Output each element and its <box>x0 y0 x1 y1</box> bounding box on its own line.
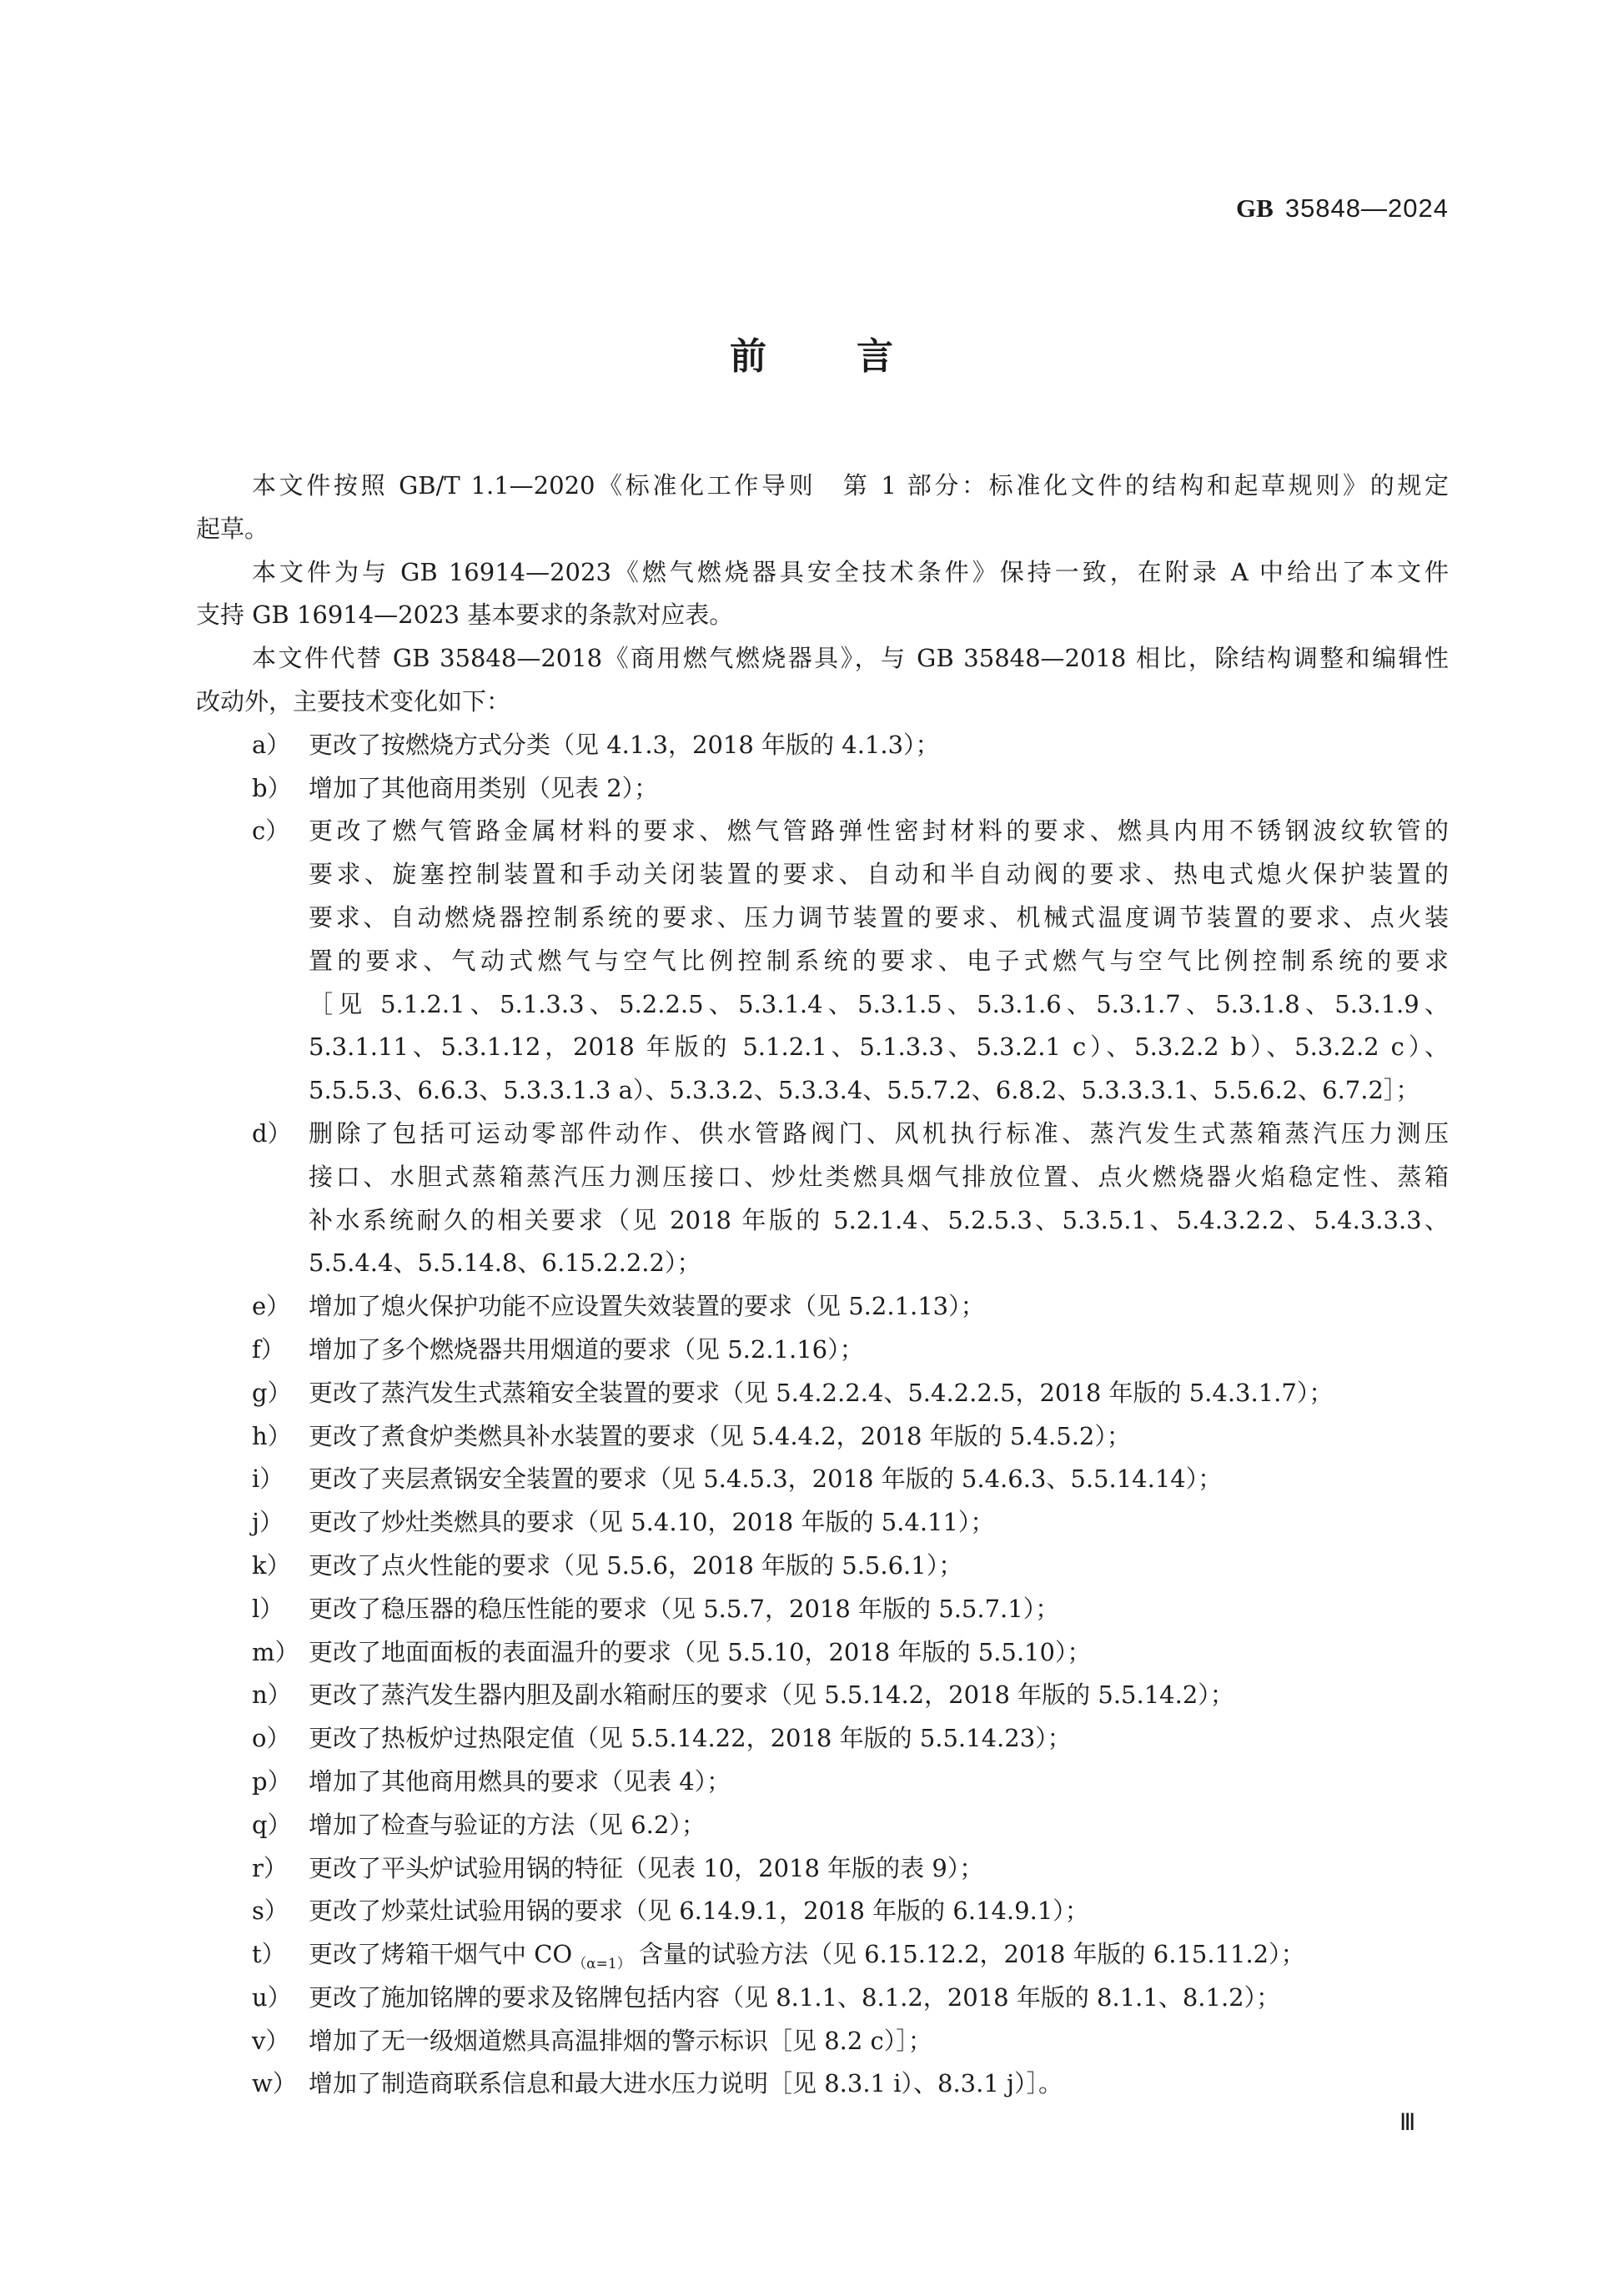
item-text: 更改了蒸汽发生式蒸箱安全装置的要求（见 5.4.2.2.4、5.4.2.2.5，… <box>309 1379 1333 1407</box>
item-text: 增加了无一级烟道燃具高温排烟的警示标识［见 8.2 c）］； <box>309 2027 932 2055</box>
item-label: a） <box>252 724 290 767</box>
item-label: h） <box>252 1415 292 1459</box>
item-text: 更改了稳压器的稳压性能的要求（见 5.5.7，2018 年版的 5.5.7.1）… <box>309 1595 1059 1623</box>
list-item: j）更改了炒灶类燃具的要求（见 5.4.10，2018 年版的 5.4.11）； <box>196 1501 1449 1545</box>
item-label: v） <box>252 2020 289 2063</box>
list-item: d）删除了包括可运动零部件动作、供水管路阀门、风机执行标准、蒸汽发生式蒸箱蒸汽压… <box>196 1113 1449 1285</box>
item-label: s） <box>252 1890 289 1933</box>
standard-number: 35848—2024 <box>1285 193 1449 223</box>
item-text: 更改了按燃烧方式分类（见 4.1.3，2018 年版的 4.1.3）； <box>309 731 940 759</box>
list-item: s）更改了炒菜灶试验用锅的要求（见 6.14.9.1，2018 年版的 6.14… <box>196 1890 1449 1933</box>
list-item: v）增加了无一级烟道燃具高温排烟的警示标识［见 8.2 c）］； <box>196 2020 1449 2063</box>
item-label: t） <box>252 1933 286 1977</box>
standard-code: GB35848—2024 <box>1236 193 1449 224</box>
item-text: 更改了地面面板的表面温升的要求（见 5.5.10，2018 年版的 5.5.10… <box>309 1638 1091 1666</box>
item-text: 更改了点火性能的要求（见 5.5.6，2018 年版的 5.5.6.1）； <box>309 1551 962 1580</box>
changes-list: a）更改了按燃烧方式分类（见 4.1.3，2018 年版的 4.1.3）； b）… <box>196 724 1449 2107</box>
item-text: 更改了燃气管路金属材料的要求、燃气管路弹性密封材料的要求、燃具内用不锈钢波纹软管… <box>309 816 1449 845</box>
list-item: r）更改了平头炉试验用锅的特征（见表 10，2018 年版的表 9）； <box>196 1847 1449 1891</box>
item-label: e） <box>252 1285 290 1329</box>
item-text: 增加了多个燃烧器共用烟道的要求（见 5.2.1.16）； <box>309 1335 864 1364</box>
paragraph-line: 起草。 <box>196 508 1449 551</box>
list-item: l）更改了稳压器的稳压性能的要求（见 5.5.7，2018 年版的 5.5.7.… <box>196 1588 1449 1631</box>
item-label: l） <box>252 1588 284 1631</box>
item-text: 增加了其他商用燃具的要求（见表 4）； <box>309 1767 731 1796</box>
list-item: e）增加了熄火保护功能不应设置失效装置的要求（见 5.2.1.13）； <box>196 1285 1449 1329</box>
item-text: 删除了包括可运动零部件动作、供水管路阀门、风机执行标准、蒸汽发生式蒸箱蒸汽压力测… <box>309 1119 1449 1148</box>
item-label: r） <box>252 1847 288 1891</box>
paragraph-line: 本文件按照 GB/T 1.1—2020《标准化工作导则 第 1 部分：标准化文件… <box>196 465 1449 508</box>
list-item: t）更改了烤箱干烟气中 CO（α=1） 含量的试验方法（见 6.15.12.2，… <box>196 1933 1449 1977</box>
standard-prefix: GB <box>1236 193 1274 223</box>
item-label: n） <box>252 1674 292 1717</box>
paragraph-drafting-rules: 本文件按照 GB/T 1.1—2020《标准化工作导则 第 1 部分：标准化文件… <box>196 465 1449 551</box>
paragraph-line: 本文件为与 GB 16914—2023《燃气燃烧器具安全技术条件》保持一致，在附… <box>196 551 1449 595</box>
item-label: o） <box>252 1717 290 1761</box>
item-label: m） <box>252 1631 299 1675</box>
item-label: w） <box>252 2062 297 2106</box>
item-text: 增加了检查与验证的方法（见 6.2）； <box>309 1811 706 1839</box>
item-text: 增加了其他商用类别（见表 2）； <box>309 774 658 802</box>
item-label: c） <box>252 810 289 853</box>
item-label: g） <box>252 1372 292 1415</box>
paragraph-line: 支持 GB 16914—2023 基本要求的条款对应表。 <box>196 594 1449 637</box>
item-line: 补水系统耐久的相关要求（见 2018 年版的 5.2.1.4、5.2.5.3、5… <box>196 1199 1449 1243</box>
foreword-body: 本文件按照 GB/T 1.1—2020《标准化工作导则 第 1 部分：标准化文件… <box>196 465 1449 2106</box>
list-item: c）更改了燃气管路金属材料的要求、燃气管路弹性密封材料的要求、燃具内用不锈钢波纹… <box>196 810 1449 1113</box>
item-line: 要求、旋塞控制装置和手动关闭装置的要求、自动和半自动阀的要求、热电式熄火保护装置… <box>196 853 1449 897</box>
list-item: o）更改了热板炉过热限定值（见 5.5.14.22，2018 年版的 5.5.1… <box>196 1717 1449 1761</box>
item-text: 更改了煮食炉类燃具补水装置的要求（见 5.4.4.2，2018 年版的 5.4.… <box>309 1422 1131 1450</box>
item-label: j） <box>252 1501 284 1545</box>
list-item: n）更改了蒸汽发生器内胆及副水箱耐压的要求（见 5.5.14.2，2018 年版… <box>196 1674 1449 1717</box>
item-label: d） <box>252 1113 292 1156</box>
list-item: q）增加了检查与验证的方法（见 6.2）； <box>196 1804 1449 1847</box>
item-line: 5.5.5.3、6.6.3、5.3.3.1.3 a）、5.3.3.2、5.3.3… <box>196 1069 1449 1113</box>
item-text: 更改了平头炉试验用锅的特征（见表 10，2018 年版的表 9）； <box>309 1854 983 1882</box>
item-text: 更改了炒菜灶试验用锅的要求（见 6.14.9.1，2018 年版的 6.14.9… <box>309 1897 1089 1925</box>
item-label: u） <box>252 1977 292 2020</box>
paragraph-consistency: 本文件为与 GB 16914—2023《燃气燃烧器具安全技术条件》保持一致，在附… <box>196 551 1449 638</box>
item-label: f） <box>252 1329 285 1372</box>
item-line: d）删除了包括可运动零部件动作、供水管路阀门、风机执行标准、蒸汽发生式蒸箱蒸汽压… <box>196 1113 1449 1156</box>
page-number: Ⅲ <box>1399 2110 1415 2137</box>
item-label: i） <box>252 1458 284 1501</box>
list-item: u）更改了施加铭牌的要求及铭牌包括内容（见 8.1.1、8.1.2，2018 年… <box>196 1977 1449 2020</box>
page-title: 前言 <box>0 334 1623 380</box>
item-text: 含量的试验方法（见 6.15.12.2，2018 年版的 6.15.11.2）； <box>631 1940 1305 1968</box>
list-item: w）增加了制造商联系信息和最大进水压力说明［见 8.3.1 i）、8.3.1 j… <box>196 2062 1449 2106</box>
title-char-2: 言 <box>857 334 893 380</box>
item-text: 更改了施加铭牌的要求及铭牌包括内容（见 8.1.1、8.1.2，2018 年版的… <box>309 1983 1280 2012</box>
item-text: 更改了蒸汽发生器内胆及副水箱耐压的要求（见 5.5.14.2，2018 年版的 … <box>309 1681 1234 1709</box>
item-text: 增加了熄火保护功能不应设置失效装置的要求（见 5.2.1.13）； <box>309 1292 985 1320</box>
item-text: 更改了夹层煮锅安全装置的要求（见 5.4.5.3，2018 年版的 5.4.6.… <box>309 1465 1222 1493</box>
item-label: p） <box>252 1761 292 1804</box>
title-char-1: 前 <box>730 334 766 380</box>
item-line: c）更改了燃气管路金属材料的要求、燃气管路弹性密封材料的要求、燃具内用不锈钢波纹… <box>196 810 1449 853</box>
paragraph-line: 改动外，主要技术变化如下： <box>196 681 1449 724</box>
item-text: 更改了热板炉过热限定值（见 5.5.14.22，2018 年版的 5.5.14.… <box>309 1724 1072 1752</box>
item-text: 更改了炒灶类燃具的要求（见 5.4.10，2018 年版的 5.4.11）； <box>309 1508 994 1536</box>
paragraph-line: 本文件代替 GB 35848—2018《商用燃气燃烧器具》，与 GB 35848… <box>196 637 1449 681</box>
item-label: q） <box>252 1804 292 1847</box>
list-item: a）更改了按燃烧方式分类（见 4.1.3，2018 年版的 4.1.3）； <box>196 724 1449 767</box>
list-item: b）增加了其他商用类别（见表 2）； <box>196 767 1449 811</box>
item-line: 要求、自动燃烧器控制系统的要求、压力调节装置的要求、机械式温度调节装置的要求、点… <box>196 897 1449 940</box>
item-text: 更改了烤箱干烟气中 CO <box>309 1940 572 1968</box>
item-line: 5.5.4.4、5.5.14.8、6.15.2.2.2）； <box>196 1242 1449 1285</box>
item-line: ［见 5.1.2.1、5.1.3.3、5.2.2.5、5.3.1.4、5.3.1… <box>196 983 1449 1027</box>
list-item: g）更改了蒸汽发生式蒸箱安全装置的要求（见 5.4.2.2.4、5.4.2.2.… <box>196 1372 1449 1415</box>
list-item: f）增加了多个燃烧器共用烟道的要求（见 5.2.1.16）； <box>196 1329 1449 1372</box>
item-line: 置的要求、气动式燃气与空气比例控制系统的要求、电子式燃气与空气比例控制系统的要求 <box>196 940 1449 983</box>
list-item: k）更改了点火性能的要求（见 5.5.6，2018 年版的 5.5.6.1）； <box>196 1545 1449 1588</box>
list-item: m）更改了地面面板的表面温升的要求（见 5.5.10，2018 年版的 5.5.… <box>196 1631 1449 1675</box>
item-text: 增加了制造商联系信息和最大进水压力说明［见 8.3.1 i）、8.3.1 j）］… <box>309 2069 1063 2098</box>
paragraph-replacement: 本文件代替 GB 35848—2018《商用燃气燃烧器具》，与 GB 35848… <box>196 637 1449 724</box>
item-line: 5.3.1.11、5.3.1.12，2018 年版的 5.1.2.1、5.1.3… <box>196 1026 1449 1069</box>
list-item: i）更改了夹层煮锅安全装置的要求（见 5.4.5.3，2018 年版的 5.4.… <box>196 1458 1449 1501</box>
item-label: b） <box>252 767 292 811</box>
item-subscript: （α=1） <box>572 1956 631 1972</box>
list-item: h）更改了煮食炉类燃具补水装置的要求（见 5.4.4.2，2018 年版的 5.… <box>196 1415 1449 1459</box>
list-item: p）增加了其他商用燃具的要求（见表 4）； <box>196 1761 1449 1804</box>
item-line: 接口、水胆式蒸箱蒸汽压力测压接口、炒灶类燃具烟气排放位置、点火燃烧器火焰稳定性、… <box>196 1156 1449 1199</box>
item-label: k） <box>252 1545 291 1588</box>
